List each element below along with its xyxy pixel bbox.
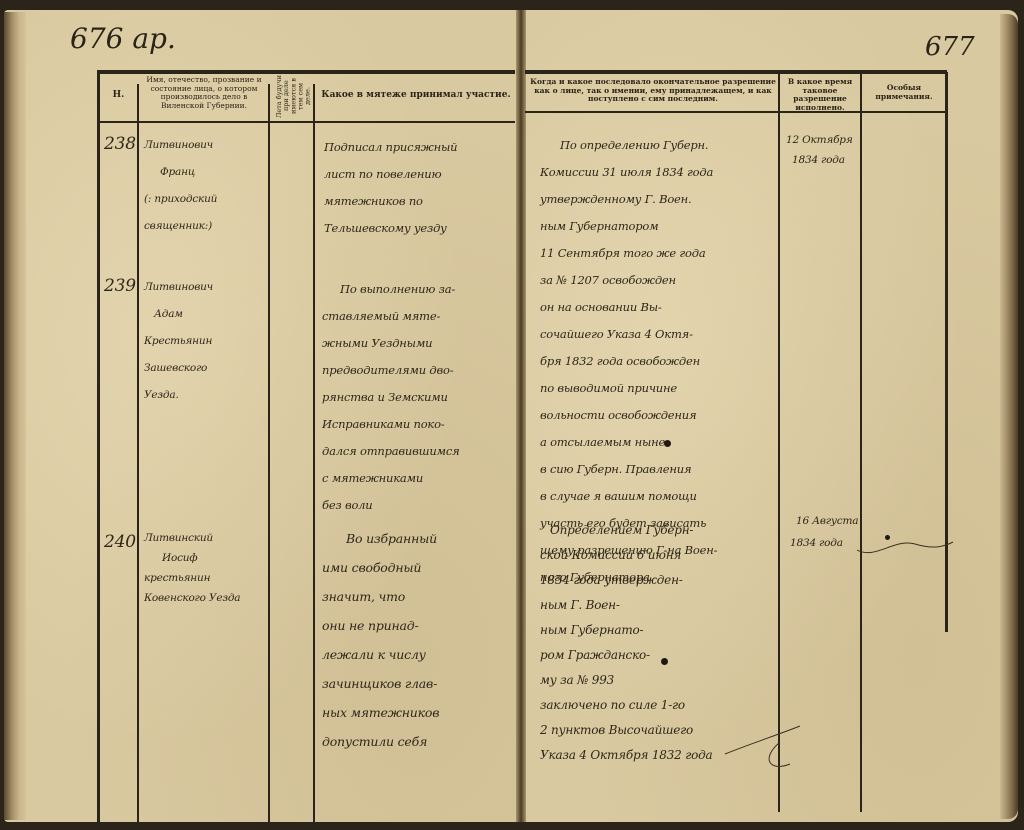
resolution-line: заключено по силе 1-го xyxy=(540,693,712,718)
row-participation: Во избранный ими свободный значит, что о… xyxy=(322,524,439,756)
header-executed-time: В какое время таковое разрешение исполне… xyxy=(781,78,859,113)
header-resolution: Когда и какое последовало окончательное … xyxy=(528,78,778,104)
resolution-line: а отсылаемым ныне xyxy=(540,429,717,456)
col-divider-name xyxy=(268,84,270,822)
name-line: (: приходский xyxy=(144,186,217,213)
resolution-line: по выводимой причине xyxy=(540,375,717,402)
participation-line: жными Уездными xyxy=(322,330,460,357)
name-line: Литвинович xyxy=(144,274,213,301)
executed-time-line: 16 Августа xyxy=(790,510,858,532)
row-resolution: Определением Губерн- ской Комиссии 6 июн… xyxy=(540,518,712,768)
participation-line: ими свободный xyxy=(322,553,439,582)
row-participation: Подписал присяжный лист по повелению мят… xyxy=(324,134,457,242)
header-notes: Особыя примечания. xyxy=(864,84,944,101)
participation-line: значит, что xyxy=(322,582,439,611)
row-number: 240 xyxy=(104,532,136,552)
header-name: Имя, отечество, прозвание и состояние ли… xyxy=(140,76,268,111)
resolution-line: бря 1832 года освобожден xyxy=(540,348,717,375)
left-page-edge xyxy=(4,12,26,820)
open-register-book: 676 ар. 677 Н. Имя, отечество, прозвание… xyxy=(0,4,1024,826)
row-number: 238 xyxy=(104,134,136,154)
resolution-line: По определению Губерн. xyxy=(540,132,717,159)
name-line: крестьянин xyxy=(144,568,240,588)
header-number: Н. xyxy=(100,90,137,100)
resolution-line: он на основании Вы- xyxy=(540,294,717,321)
resolution-line: ром Гражданско- xyxy=(540,643,712,668)
name-line: Ковенского Уезда xyxy=(144,588,240,608)
right-folio-number: 677 xyxy=(925,32,975,62)
participation-line: допустили себя xyxy=(322,727,439,756)
name-line: Литвинович xyxy=(144,132,217,159)
row-executed-time: 16 Августа 1834 года xyxy=(790,510,858,554)
executed-time-line: 12 Октября xyxy=(786,130,853,150)
header-age: Лета будучи при деле имеются в тем сем д… xyxy=(276,74,312,118)
resolution-line: Указа 4 Октября 1832 года xyxy=(540,743,712,768)
name-line: Уезда. xyxy=(144,382,213,409)
col-divider-age xyxy=(313,84,315,822)
flourish-stroke xyxy=(855,532,955,562)
row-name: Литвинович Адам Крестьянин Зашевского Уе… xyxy=(144,274,213,409)
resolution-line: му за № 993 xyxy=(540,668,712,693)
participation-line: Тельшевскому уезду xyxy=(324,215,457,242)
executed-time-line: 1834 года xyxy=(786,150,853,170)
header-top-rule-right xyxy=(525,70,947,74)
header-participation: Какое в мятеже принимал участие. xyxy=(316,90,516,100)
row-number: 239 xyxy=(104,276,136,296)
book-gutter xyxy=(516,10,526,822)
col-divider-time xyxy=(860,72,862,812)
participation-line: предводителями дво- xyxy=(322,357,460,384)
resolution-line: за № 1207 освобожден xyxy=(540,267,717,294)
resolution-line: Определением Губерн- xyxy=(540,518,712,543)
resolution-line: в сию Губерн. Правления xyxy=(540,456,717,483)
resolution-line: вольности освобождения xyxy=(540,402,717,429)
participation-line: без воли xyxy=(322,492,460,519)
resolution-line: 2 пунктов Высочайшего xyxy=(540,718,712,743)
name-line: Иосиф xyxy=(144,548,240,568)
col-divider-number xyxy=(137,84,139,822)
participation-line: лежали к числу xyxy=(322,640,439,669)
resolution-line: ным Г. Воен- xyxy=(540,593,712,618)
row-executed-time: 12 Октября 1834 года xyxy=(786,130,853,170)
resolution-line: 1834 года утвержден- xyxy=(540,568,712,593)
name-line: Франц xyxy=(144,159,217,186)
participation-line: Подписал присяжный xyxy=(324,134,457,161)
header-bottom-rule-left xyxy=(97,121,515,123)
participation-line: ных мятежников xyxy=(322,698,439,727)
participation-line: По выполнению за- xyxy=(322,276,460,303)
resolution-line: ным Губернатором xyxy=(540,213,717,240)
resolution-line: ным Губернато- xyxy=(540,618,712,643)
participation-line: ставляемый мяте- xyxy=(322,303,460,330)
resolution-line: в случае я вашим помощи xyxy=(540,483,717,510)
row-participation: По выполнению за- ставляемый мяте- жными… xyxy=(322,276,460,519)
executed-time-line: 1834 года xyxy=(790,532,858,554)
name-line: Литвинский xyxy=(144,528,240,548)
name-line: священник:) xyxy=(144,213,217,240)
name-line: Адам xyxy=(144,301,213,328)
header-bottom-rule-right xyxy=(525,111,945,113)
participation-line: дался отправившимся xyxy=(322,438,460,465)
left-folio-number: 676 ар. xyxy=(70,22,176,55)
resolution-line: Комиссии 31 июля 1834 года xyxy=(540,159,717,186)
left-border-rule xyxy=(97,70,100,822)
participation-line: Исправниками поко- xyxy=(322,411,460,438)
participation-line: мятежников по xyxy=(324,188,457,215)
participation-line: рянства и Земскими xyxy=(322,384,460,411)
participation-line: Во избранный xyxy=(322,524,439,553)
participation-line: зачинщиков глав- xyxy=(322,669,439,698)
row-name: Литвинский Иосиф крестьянин Ковенского У… xyxy=(144,528,240,608)
resolution-line: сочайшего Указа 4 Октя- xyxy=(540,321,717,348)
col-divider-resolution xyxy=(778,72,780,812)
ink-spot xyxy=(661,658,668,665)
name-line: Крестьянин xyxy=(144,328,213,355)
ink-spot xyxy=(664,440,671,447)
flourish-stroke xyxy=(720,724,810,774)
resolution-line: утвержденному Г. Воен. xyxy=(540,186,717,213)
row-name: Литвинович Франц (: приходский священник… xyxy=(144,132,217,240)
resolution-line: 11 Сентября того же года xyxy=(540,240,717,267)
participation-line: лист по повелению xyxy=(324,161,457,188)
name-line: Зашевского xyxy=(144,355,213,382)
right-page-edge xyxy=(1000,14,1018,819)
participation-line: они не принад- xyxy=(322,611,439,640)
participation-line: с мятежниками xyxy=(322,465,460,492)
resolution-line: ской Комиссии 6 июня xyxy=(540,543,712,568)
